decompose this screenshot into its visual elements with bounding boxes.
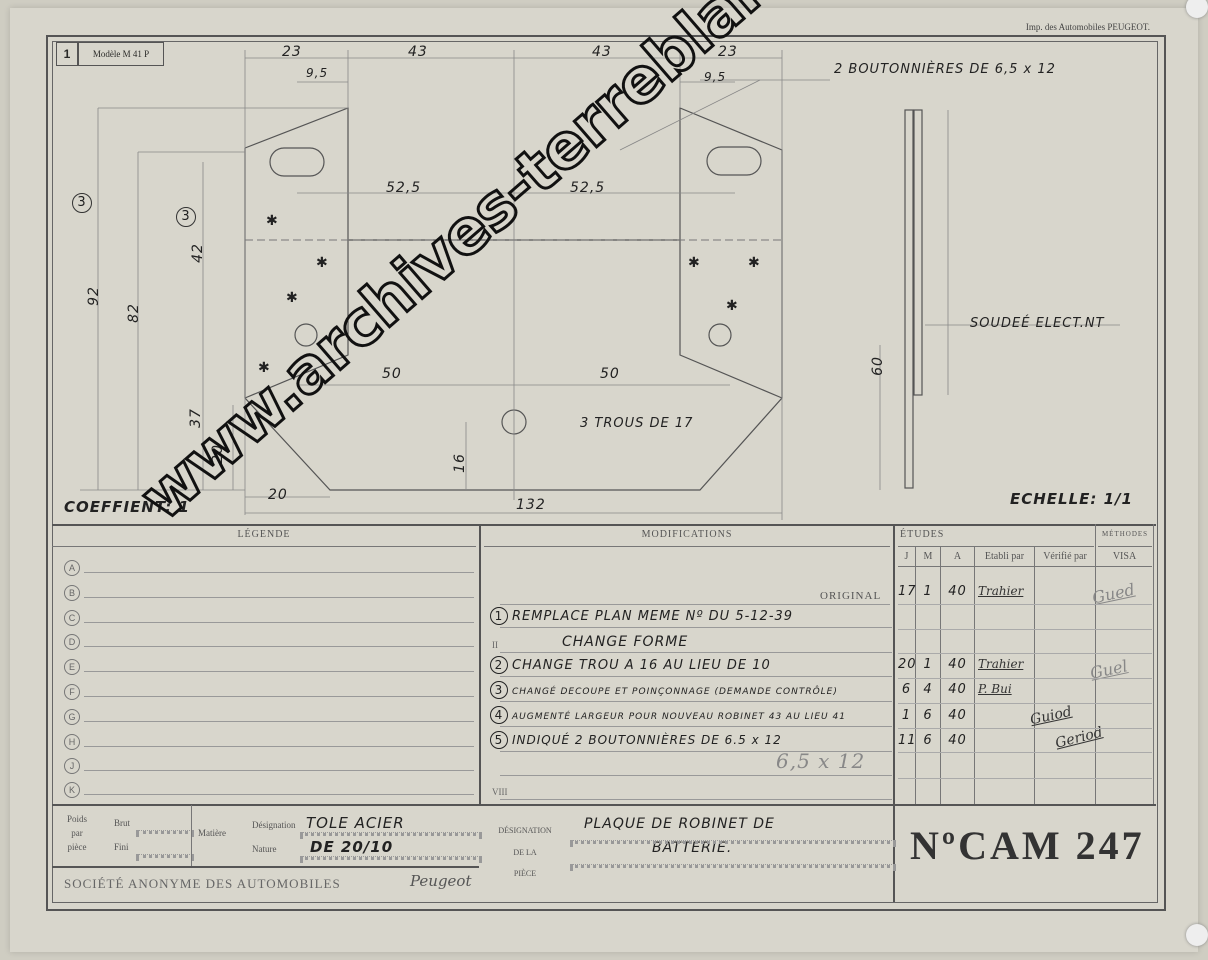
peugeot-logo: Peugeot: [410, 872, 472, 890]
title-block-top-rule: [52, 524, 1156, 526]
etudes-r5-j: 11: [898, 733, 915, 748]
modification-row-8: VIII: [486, 778, 892, 800]
modification-text: REMPLACE PLAN MEME Nº DU 5-12-39: [512, 609, 793, 624]
dim-lower-right: 50: [600, 366, 620, 382]
footer-company-rule: [52, 866, 479, 868]
svg-text:✱: ✱: [748, 255, 760, 271]
modifications-divider: [893, 524, 895, 902]
legend-letter: D: [64, 634, 80, 650]
revision-mark: 2: [490, 656, 508, 674]
nature-value: DE 20/10: [310, 838, 393, 856]
revision-mark-inner: 3: [176, 207, 196, 227]
matiere-label: Matière: [198, 828, 226, 838]
etudes-r4-m: 6: [916, 708, 940, 723]
etudes-r4-a: 40: [941, 708, 974, 723]
dim-hole-16: 16: [452, 453, 468, 473]
roman-numeral: II: [492, 640, 498, 650]
etudes-r4-j: 1: [898, 708, 915, 723]
col-header-etabli: Etabli par: [975, 551, 1034, 562]
etudes-r3-a: 40: [941, 682, 974, 697]
dim-slot-left: 9,5: [306, 66, 328, 80]
col-header-a: A: [941, 551, 974, 562]
revision-mark: 1: [490, 607, 508, 625]
fini-label: Fini: [114, 842, 129, 852]
legend-item-j: J: [62, 756, 474, 778]
svg-text:✱: ✱: [726, 298, 738, 314]
legend-letter: G: [64, 709, 80, 725]
svg-text:✱: ✱: [266, 213, 278, 229]
piece-label-2: DE LA: [486, 848, 564, 857]
note-holes: 3 TROUS DE 17: [580, 416, 693, 431]
modification-text: AUGMENTÉ LARGEUR POUR NOUVEAU ROBINET 43…: [512, 712, 846, 722]
etudes-header-rule: [898, 546, 1094, 547]
legend-item-f: F: [62, 682, 474, 704]
col-divider-etabli: [1034, 546, 1035, 804]
etudes-r2-a: 40: [941, 657, 974, 672]
etudes-row-rule: [898, 629, 1152, 630]
brut-line: [136, 830, 194, 834]
dim-total-132: 132: [516, 497, 546, 513]
legend-item-a: A: [62, 558, 474, 580]
col-header-j: J: [898, 551, 915, 562]
legend-item-e: E: [62, 657, 474, 679]
etudes-row-rule: [898, 752, 1152, 753]
legend-item-k: K: [62, 780, 474, 802]
etudes-row-rule: [898, 653, 1152, 654]
etudes-r1-j: 17: [898, 584, 915, 599]
legend-letter: J: [64, 758, 80, 774]
poids-label: Poids par pièce: [62, 812, 92, 854]
modification-row-5: 4AUGMENTÉ LARGEUR POUR NOUVEAU ROBINET 4…: [486, 703, 892, 727]
dim-height-82: 82: [126, 303, 142, 323]
etudes-r1-a: 40: [941, 584, 974, 599]
etudes-row-rule: [898, 778, 1152, 779]
note-weld: SOUDEÉ ELECT.NT: [970, 316, 1105, 331]
dim-lower-left: 50: [382, 366, 402, 382]
legend-item-c: C: [62, 608, 474, 630]
scale: ECHELLE: 1/1: [1010, 490, 1133, 508]
svg-text:✱: ✱: [286, 290, 298, 306]
etudes-r3-m: 4: [916, 682, 940, 697]
legend-letter: B: [64, 585, 80, 601]
modification-text: INDIQUÉ 2 BOUTONNIÈRES DE 6.5 x 12: [512, 733, 782, 747]
modification-row-7: 6,5 x 12: [486, 752, 892, 776]
designation-line: [300, 832, 482, 836]
etudes-row-rule: [898, 728, 1152, 729]
legend-letter: K: [64, 782, 80, 798]
etudes-r1-m: 1: [916, 584, 940, 599]
pencil-note: 6,5 x 12: [776, 749, 865, 773]
legend-item-g: G: [62, 707, 474, 729]
revision-mark-left: 3: [72, 193, 92, 213]
col-header-verifie: Vérifié par: [1035, 551, 1095, 562]
piece-line-rule-1: [570, 840, 896, 844]
legend-letter: H: [64, 734, 80, 750]
piece-line-1: PLAQUE DE ROBINET DE: [584, 816, 775, 832]
etudes-r2-m: 1: [916, 657, 940, 672]
legend-letter: F: [64, 684, 80, 700]
col-header-m: M: [916, 551, 940, 562]
modifications-header-rule: [484, 546, 890, 547]
footer-top-rule: [52, 804, 1156, 806]
part-number-stamp: NºCAM 247: [910, 822, 1145, 869]
svg-text:✱: ✱: [688, 255, 700, 271]
designation-value: TOLE ACIER: [306, 814, 405, 832]
dim-height-92: 92: [86, 286, 102, 306]
modifications-title: MODIFICATIONS: [484, 529, 890, 540]
methodes-header-rule: [1098, 546, 1152, 547]
etudes-r5-a: 40: [941, 733, 974, 748]
piece-label-1: DÉSIGNATION: [486, 826, 564, 835]
modification-row-1: 1REMPLACE PLAN MEME Nº DU 5-12-39: [486, 604, 892, 628]
dim-center-left: 52,5: [386, 180, 421, 196]
etudes-r5-m: 6: [916, 733, 940, 748]
legend-item-h: H: [62, 732, 474, 754]
etudes-row-rule: [898, 678, 1152, 679]
dim-top-2: 43: [408, 44, 428, 60]
etudes-columns-rule: [898, 566, 1152, 567]
nature-line: [300, 856, 482, 860]
dim-bottom-20: 20: [268, 487, 288, 503]
modification-text: CHANGE FORME: [562, 634, 688, 650]
roman-numeral: VIII: [492, 787, 508, 797]
piece-label-3: PIÈCE: [486, 869, 564, 878]
etudes-r2-j: 20: [898, 657, 915, 672]
modification-text: CHANGE TROU A 16 AU LIEU DE 10: [512, 658, 771, 673]
etudes-r1-etabli-signature: Trahier: [978, 584, 1023, 598]
etudes-row-rule: [898, 703, 1152, 704]
dim-top-1: 23: [282, 44, 302, 60]
modification-row-4: 3CHANGÉ DECOUPE ET POINÇONNAGE (DEMANDE …: [486, 678, 892, 702]
fini-line: [136, 854, 194, 858]
legend-item-b: B: [62, 583, 474, 605]
etudes-row-rule: [898, 604, 1152, 605]
note-slots: 2 BOUTONNIÈRES DE 6,5 x 12: [834, 62, 1056, 77]
revision-mark: 5: [490, 731, 508, 749]
brut-label: Brut: [114, 818, 130, 828]
dim-height-42: 42: [190, 243, 206, 263]
legend-letter: A: [64, 560, 80, 576]
etudes-title: ÉTUDES: [900, 529, 944, 540]
poids-divider: [191, 805, 192, 866]
designation-label: Désignation: [252, 820, 296, 830]
legend-letter: C: [64, 610, 80, 626]
modification-text: CHANGÉ DECOUPE ET POINÇONNAGE (DEMANDE C…: [512, 687, 838, 697]
original-label: ORIGINAL: [820, 590, 881, 602]
nature-label: Nature: [252, 844, 277, 854]
dim-side-60: 60: [870, 356, 886, 376]
etudes-r2-etabli-signature: Trahier: [978, 657, 1023, 671]
etudes-r3-etabli-signature: P. Bui: [978, 682, 1012, 696]
legend-item-d: D: [62, 632, 474, 654]
col-header-visa: VISA: [1096, 551, 1153, 562]
col-divider-visa: [1153, 524, 1154, 804]
etudes-r3-j: 6: [898, 682, 915, 697]
svg-text:✱: ✱: [316, 255, 328, 271]
legend-divider: [479, 524, 481, 804]
legend-header-rule: [52, 546, 476, 547]
dim-slot-right: 9,5: [704, 70, 726, 84]
col-divider-a: [974, 546, 975, 804]
modification-row-2: IICHANGE FORME: [486, 629, 892, 653]
piece-line-rule-2: [570, 864, 896, 868]
modification-row-3: 2CHANGE TROU A 16 AU LIEU DE 10: [486, 653, 892, 677]
revision-mark: 3: [490, 681, 508, 699]
methodes-title: MÉTHODES: [1098, 530, 1152, 538]
legend-title: LÉGENDE: [52, 529, 476, 540]
legend-letter: E: [64, 659, 80, 675]
revision-mark: 4: [490, 706, 508, 724]
company-name: SOCIÉTÉ ANONYME DES AUTOMOBILES: [64, 876, 341, 892]
